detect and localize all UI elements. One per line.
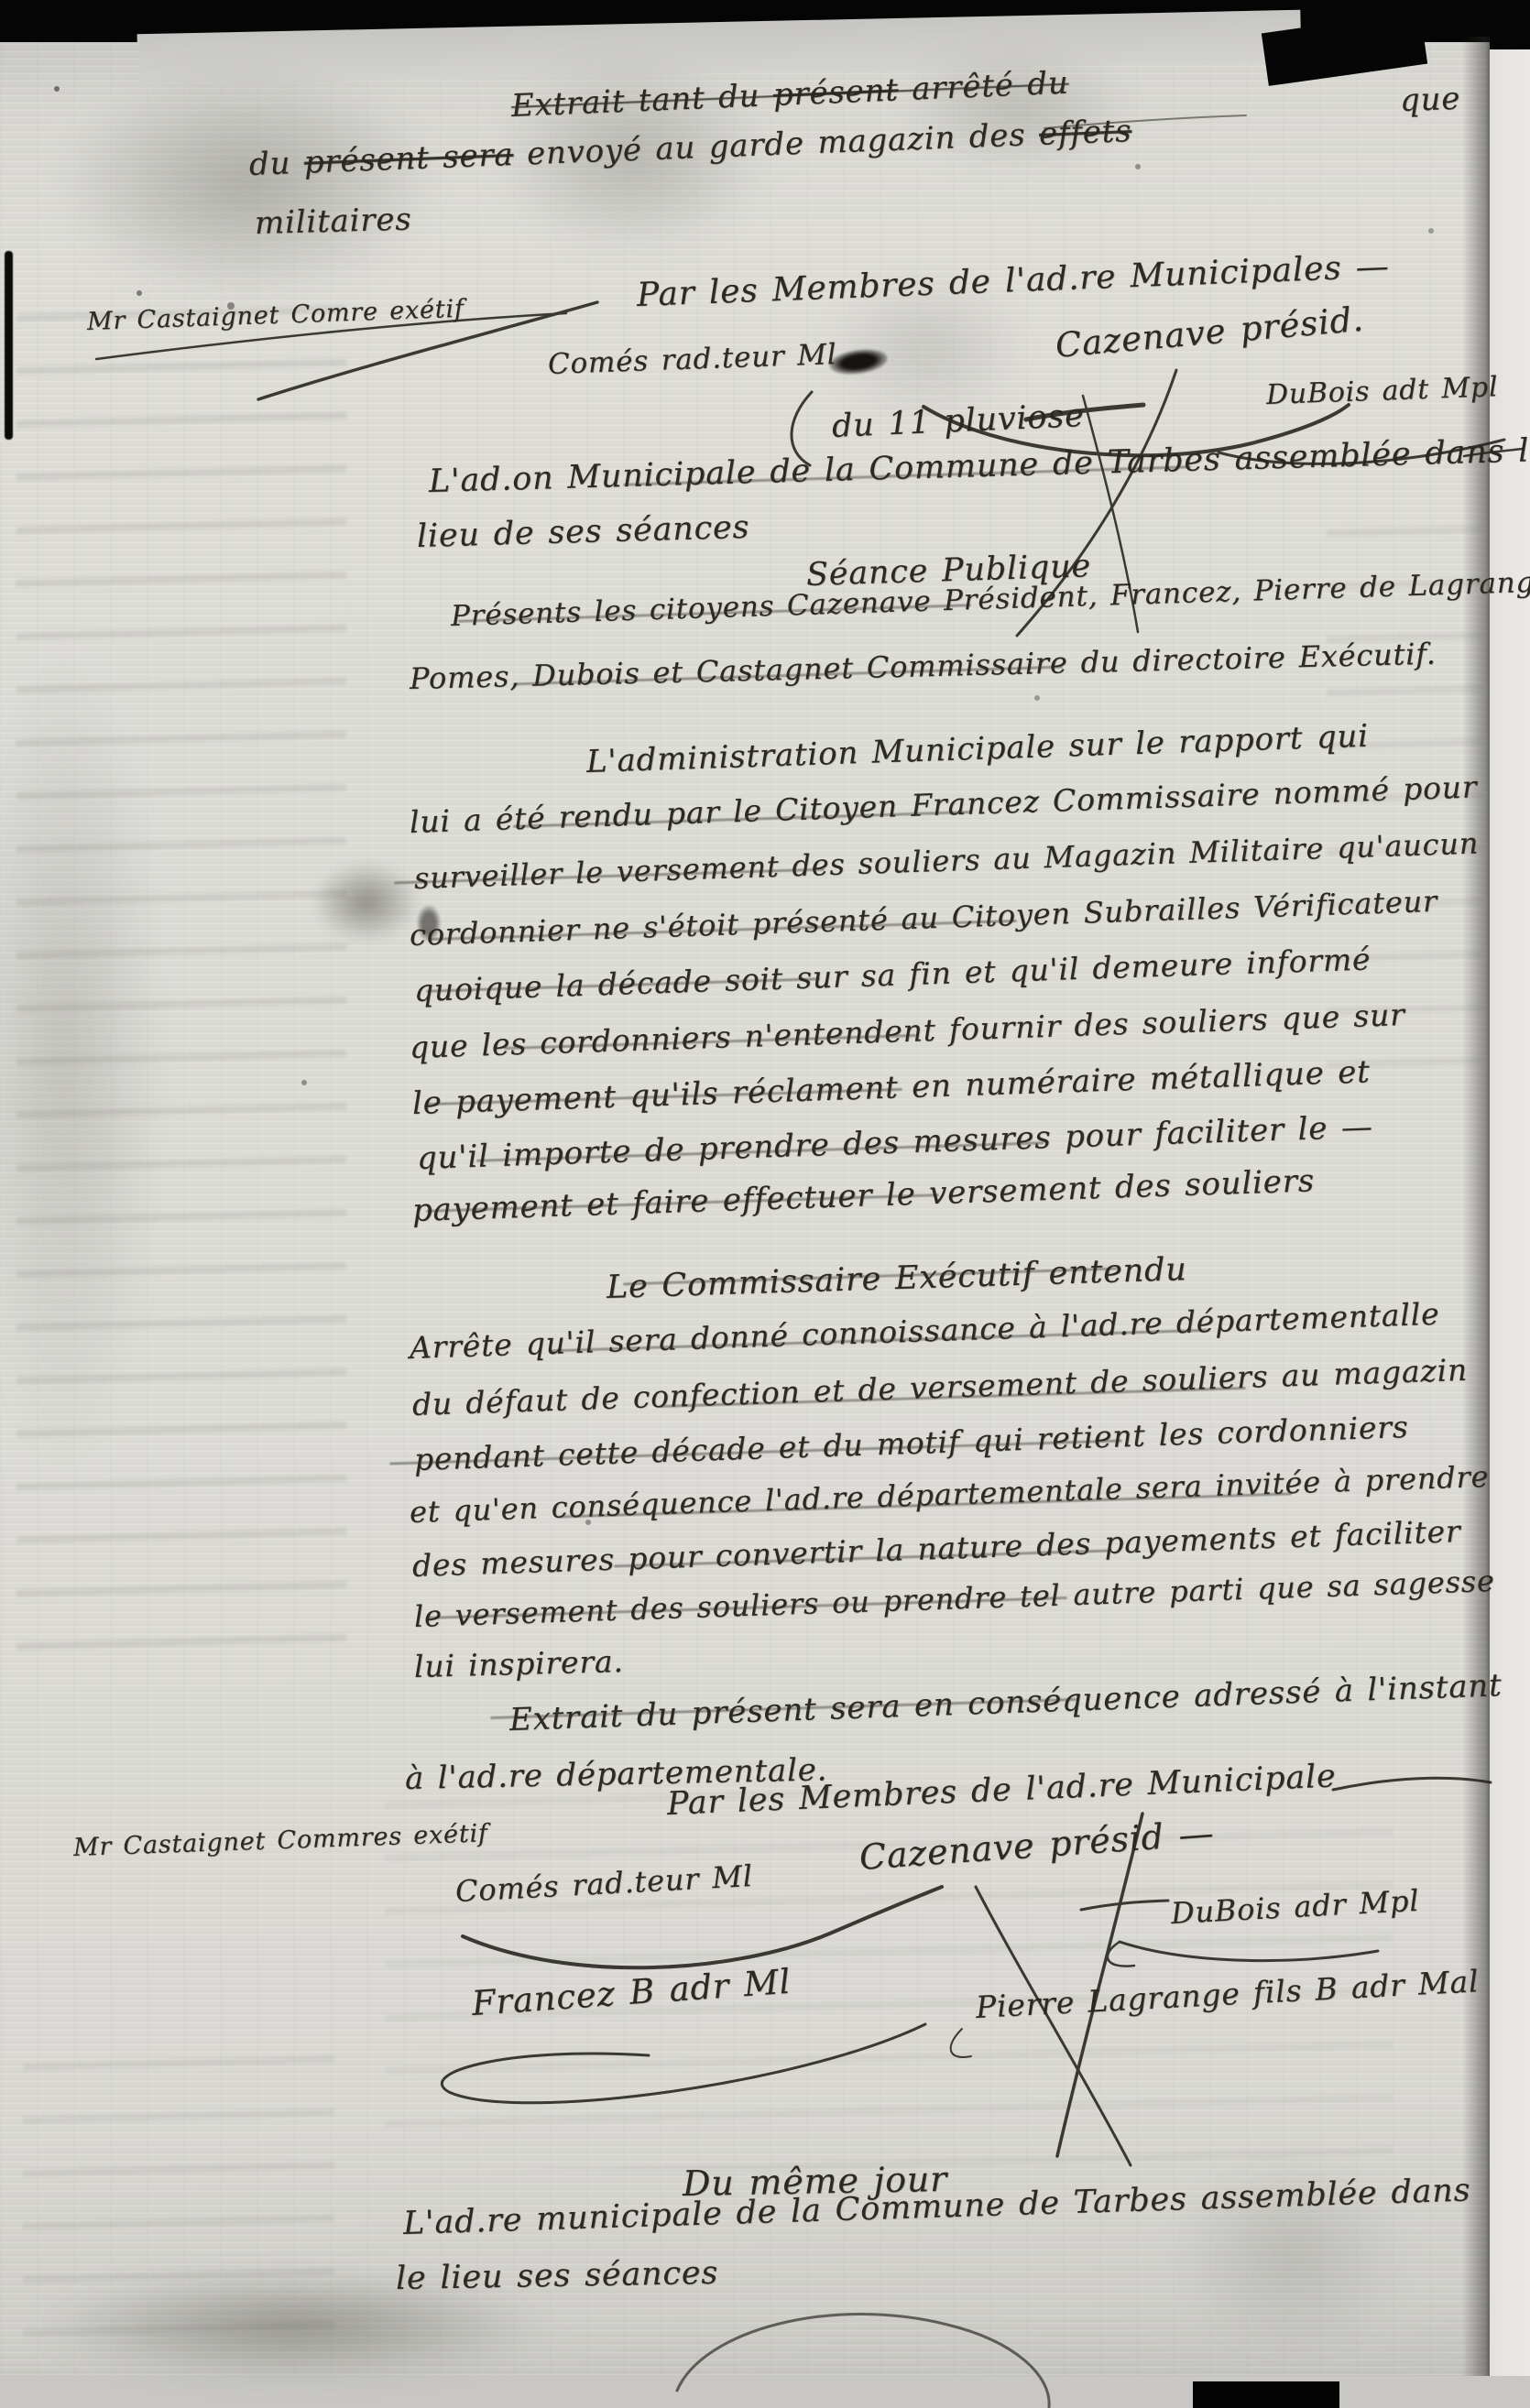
top-note-line-1-right: que [1399, 81, 1461, 119]
arrete-line: lui inspirera. [413, 1643, 624, 1684]
struck-word: effets [1038, 113, 1132, 153]
same-day-line-2: le lieu ses séances [396, 2255, 719, 2297]
top-note-line-3: militaires [254, 202, 411, 242]
bleed-through-text [16, 302, 346, 1658]
ink-specks [0, 0, 4, 4]
paper-stain [55, 64, 440, 302]
manuscript-scan: Extrait tant du présent arrêté du que du… [0, 0, 1530, 2408]
left-margin-black-mark [5, 251, 13, 440]
bottom-black-mark [1193, 2381, 1339, 2408]
struck-word: présent [772, 71, 899, 114]
bleed-through-text [23, 2043, 334, 2345]
